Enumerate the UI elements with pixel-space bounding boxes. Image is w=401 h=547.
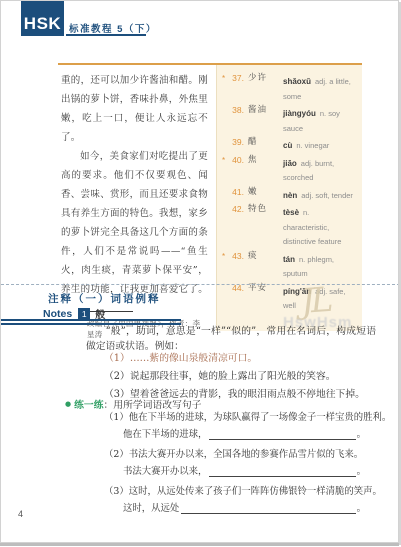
vocab-word: 嫩 — [248, 187, 283, 199]
practice-item: （3）这时，从远处传来了孩子们一阵阵仿佛银铃一样清脆的笑声。 这时，从远处。 — [104, 483, 366, 517]
practice-label: 练一练 — [74, 400, 103, 411]
period: 。 — [357, 463, 366, 480]
example-list: （1）……紫的像山泉般清凉可口。 （2）说起那段往事，她的脸上露出了阳光般的笑容… — [104, 350, 376, 404]
vocab-entry: * 43. 痰 tánn. phlegm, sputum — [222, 251, 357, 280]
vocab-number: 38. — [228, 105, 244, 117]
practice-number: （3） — [104, 486, 129, 497]
vocab-pinyin: tèsè — [283, 208, 299, 217]
example-sentence: （2）说起那段往事，她的脸上露出了阳光般的笑容。 — [104, 368, 376, 386]
vocab-pinyin: jiàngyóu — [283, 109, 316, 118]
vocab-entry: 39. 醋 cùn. vinegar — [222, 137, 357, 152]
answer-blank — [209, 428, 355, 440]
vocab-entry: * 37. 少许 shǎoxǔadj. a little, some — [222, 73, 357, 102]
bullet-icon: ● — [65, 400, 71, 408]
example-sentence: （1）……紫的像山泉般清凉可口。 — [104, 350, 376, 368]
notes-section-title: 注释（一）词语例释 — [48, 291, 161, 306]
vocab-number: 42. — [228, 204, 244, 216]
vocab-entry: 42. 特色 tèsèn. characteristic, distinctiv… — [222, 204, 357, 248]
vocab-entry: 44. 平安 píng'ānadj. safe, well — [222, 283, 357, 312]
practice-sentence: （2）书法大赛开办以来，全国各地的参赛作品雪片似的飞来。 — [104, 446, 366, 463]
example-number: （2） — [104, 371, 130, 382]
vocabulary-panel: * 37. 少许 shǎoxǔadj. a little, some 38. 酱… — [216, 65, 362, 331]
header-underline — [66, 34, 146, 36]
vocab-word: 醋 — [248, 137, 283, 149]
vocab-definition: tánn. phlegm, sputum — [283, 251, 357, 280]
vocab-word: 痰 — [248, 251, 283, 263]
answer-blank — [181, 502, 355, 514]
textbook-page: HSK 标准教程 5（下） 重的，还可以加少许酱油和醋。刚出锅的萝卜饼，香味扑鼻… — [0, 0, 399, 543]
vocab-entry: * 40. 焦 jiāoadj. burnt, scorched — [222, 155, 357, 184]
book-title: 标准教程 5（下） — [69, 21, 157, 35]
note-number-badge: 1 — [78, 308, 90, 320]
example-text: ……紫的像山泉般清凉可口。 — [130, 353, 257, 364]
practice-rewrite-line: 书法大赛开办以来，。 — [123, 463, 366, 480]
vocab-pinyin: nèn — [283, 191, 297, 200]
period: 。 — [357, 500, 366, 517]
vocab-definition: cùn. vinegar — [283, 137, 357, 152]
rewrite-prefix: 他在下半场的进球， — [123, 426, 207, 443]
practice-item: （2）书法大赛开办以来，全国各地的参赛作品雪片似的飞来。 书法大赛开办以来，。 — [104, 446, 366, 480]
vocab-word: 少许 — [248, 73, 283, 85]
notes-label: Notes — [43, 308, 72, 320]
practice-text: 书法大赛开办以来，全国各地的参赛作品雪片似的飞来。 — [129, 449, 363, 460]
practice-sentence: （1）他在下半场的进球，为球队赢得了一场像金子一样宝贵的胜利。 — [104, 409, 366, 426]
vocab-number: 37. — [228, 73, 244, 85]
practice-sentence: （3）这时，从远处传来了孩子们一阵阵仿佛银铃一样清脆的笑声。 — [104, 483, 366, 500]
practice-rewrite-line: 这时，从远处。 — [123, 500, 366, 517]
answer-blank — [209, 465, 355, 477]
practice-number: （2） — [104, 449, 129, 460]
practice-item: （1）他在下半场的进球，为球队赢得了一场像金子一样宝贵的胜利。 他在下半场的进球… — [104, 409, 366, 443]
practice-rewrite-line: 他在下半场的进球，。 — [123, 426, 366, 443]
vocab-pinyin: cù — [283, 141, 292, 150]
vocab-definition: tèsèn. characteristic, distinctive featu… — [283, 204, 357, 248]
practice-number: （1） — [104, 412, 129, 423]
vocab-entry: 38. 酱油 jiàngyóun. soy sauce — [222, 105, 357, 134]
page-number: 4 — [18, 509, 23, 519]
vocab-definition: shǎoxǔadj. a little, some — [283, 73, 357, 102]
vocab-definition: jiàngyóun. soy sauce — [283, 105, 357, 134]
vocab-pinyin: tán — [283, 255, 295, 264]
vocab-word: 特色 — [248, 204, 283, 216]
vocab-word: 焦 — [248, 155, 283, 167]
rewrite-prefix: 书法大赛开办以来， — [123, 463, 207, 480]
vocab-word: 酱油 — [248, 105, 283, 117]
practice-text: 这时，从远处传来了孩子们一阵阵仿佛银铃一样清脆的笑声。 — [129, 486, 382, 497]
rewrite-prefix: 这时，从远处 — [123, 500, 179, 517]
vocab-number: 40. — [228, 155, 244, 167]
hsk-logo: HSK — [21, 1, 64, 36]
vocab-definition: nènadj. soft, tender — [283, 187, 357, 202]
vocab-pinyin: jiāo — [283, 159, 297, 168]
reading-paragraph: 重的，还可以加少许酱油和醋。刚出锅的萝卜饼，香味扑鼻，外焦里嫩，吃上一口，便让人… — [61, 71, 208, 147]
vocab-entry: 41. 嫩 nènadj. soft, tender — [222, 187, 357, 202]
example-number: （1） — [104, 353, 130, 364]
section-divider — [1, 284, 399, 285]
reading-paragraph: 如今，美食家们对吃提出了更高的要求。他们不仅要观色、闻香、尝味、赏形，而且还要求… — [61, 147, 208, 299]
period: 。 — [357, 426, 366, 443]
vocab-number: 41. — [228, 187, 244, 199]
vocab-number: 39. — [228, 137, 244, 149]
vocab-definition: jiāoadj. burnt, scorched — [283, 155, 357, 184]
vocab-pinyin: shǎoxǔ — [283, 77, 311, 86]
vocab-number: 43. — [228, 251, 244, 263]
practice-list: （1）他在下半场的进球，为球队赢得了一场像金子一样宝贵的胜利。 他在下半场的进球… — [104, 409, 366, 520]
practice-text: 他在下半场的进球，为球队赢得了一场像金子一样宝贵的胜利。 — [129, 412, 392, 423]
vocab-gloss: n. vinegar — [296, 141, 329, 150]
vocab-gloss: adj. soft, tender — [301, 191, 353, 200]
example-text: 说起那段往事，她的脸上露出了阳光般的笑容。 — [130, 371, 336, 382]
